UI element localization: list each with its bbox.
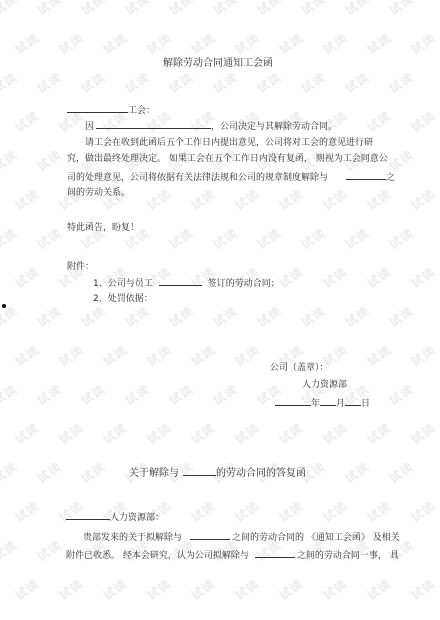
reply-salutation-suffix: 人力资源部：	[110, 513, 164, 523]
reply-salutation: 人力资源部：	[66, 510, 164, 524]
day-blank[interactable]	[345, 396, 361, 406]
sign-company: 公司（盖章）：	[270, 362, 329, 374]
notice-title: 解除劳动合同通知工会函	[163, 58, 273, 70]
notice-para2-line2: 究，做出最终处理决定。 如果工会在五个工作日内没有复函， 则视为工会同意公	[67, 153, 388, 165]
sign-department: 人力资源部	[302, 379, 347, 391]
notice-closing: 特此函告，盼复！	[67, 222, 139, 234]
attachment-item-2: 2、处罚依据：	[93, 293, 153, 305]
reply-company-blank[interactable]	[66, 510, 110, 520]
reply-para1-line1: 贵部发来的关于拟解除与之间的劳动合同的 《通知工会函》 及相关	[83, 530, 400, 544]
reply-title-blank[interactable]	[183, 466, 216, 476]
attachment-employee-blank[interactable]	[159, 276, 202, 286]
notice-para2-line3: 司的处理意见，公司将依据有关法律法规和公司的规章制度解除与之	[67, 170, 395, 184]
reply-employee-blank-1[interactable]	[190, 530, 230, 540]
reply-line1-prefix: 贵部发来的关于拟解除与	[83, 533, 182, 543]
document-page: 解除劳动合同通知工会函 工会： 因，公司决定与其解除劳动合同。 请工会在收到此函…	[0, 0, 440, 620]
para1-suffix: ，公司决定与其解除劳动合同。	[211, 122, 337, 132]
reply-para1-line2: 附件已收悉。 经本会研究，认为公司拟解除与之间的劳动合同一事， 具	[66, 548, 399, 562]
reply-title: 关于解除与的劳动合同的答复函	[129, 466, 306, 480]
para2-line3-suffix: 之	[386, 173, 395, 183]
reason-blank[interactable]	[96, 119, 211, 129]
month-label: 月	[336, 399, 345, 409]
notice-para2-line1: 请工会在收到此函后五个工作日内提出意见，公司将对工会的意见进行研	[85, 137, 373, 149]
attachment1-suffix: 签订的劳动合同；	[208, 279, 280, 289]
notice-para1: 因，公司决定与其解除劳动合同。	[85, 119, 337, 133]
employee-blank[interactable]	[346, 170, 386, 180]
reply-employee-blank-2[interactable]	[255, 548, 295, 558]
year-label: 年	[311, 399, 320, 409]
reply-line2-suffix: 之间的劳动合同一事， 具	[297, 551, 399, 561]
sign-date: 年月日	[275, 396, 370, 410]
bullet-dot	[2, 304, 6, 308]
day-label: 日	[361, 399, 370, 409]
attachments-label: 附件：	[67, 261, 94, 273]
para2-line3-prefix: 司的处理意见，公司将依据有关法律法规和公司的规章制度解除与	[67, 173, 328, 183]
notice-para2-line4: 间的劳动关系。	[67, 187, 130, 199]
attachment-item-1: 1、公司与员工签订的劳动合同；	[93, 276, 280, 290]
attachment1-prefix: 1、公司与员工	[93, 279, 153, 289]
reply-title-suffix: 的劳动合同的答复函	[216, 468, 306, 479]
union-name-blank[interactable]	[67, 103, 128, 113]
reply-line1-suffix: 之间的劳动合同的 《通知工会函》 及相关	[232, 533, 400, 543]
year-blank[interactable]	[275, 396, 311, 406]
reply-title-prefix: 关于解除与	[129, 468, 179, 479]
reply-line2-prefix: 附件已收悉。 经本会研究，认为公司拟解除与	[66, 551, 249, 561]
salutation-suffix: 工会：	[128, 106, 155, 116]
para1-prefix: 因	[85, 122, 94, 132]
notice-salutation: 工会：	[67, 103, 155, 117]
month-blank[interactable]	[320, 396, 336, 406]
